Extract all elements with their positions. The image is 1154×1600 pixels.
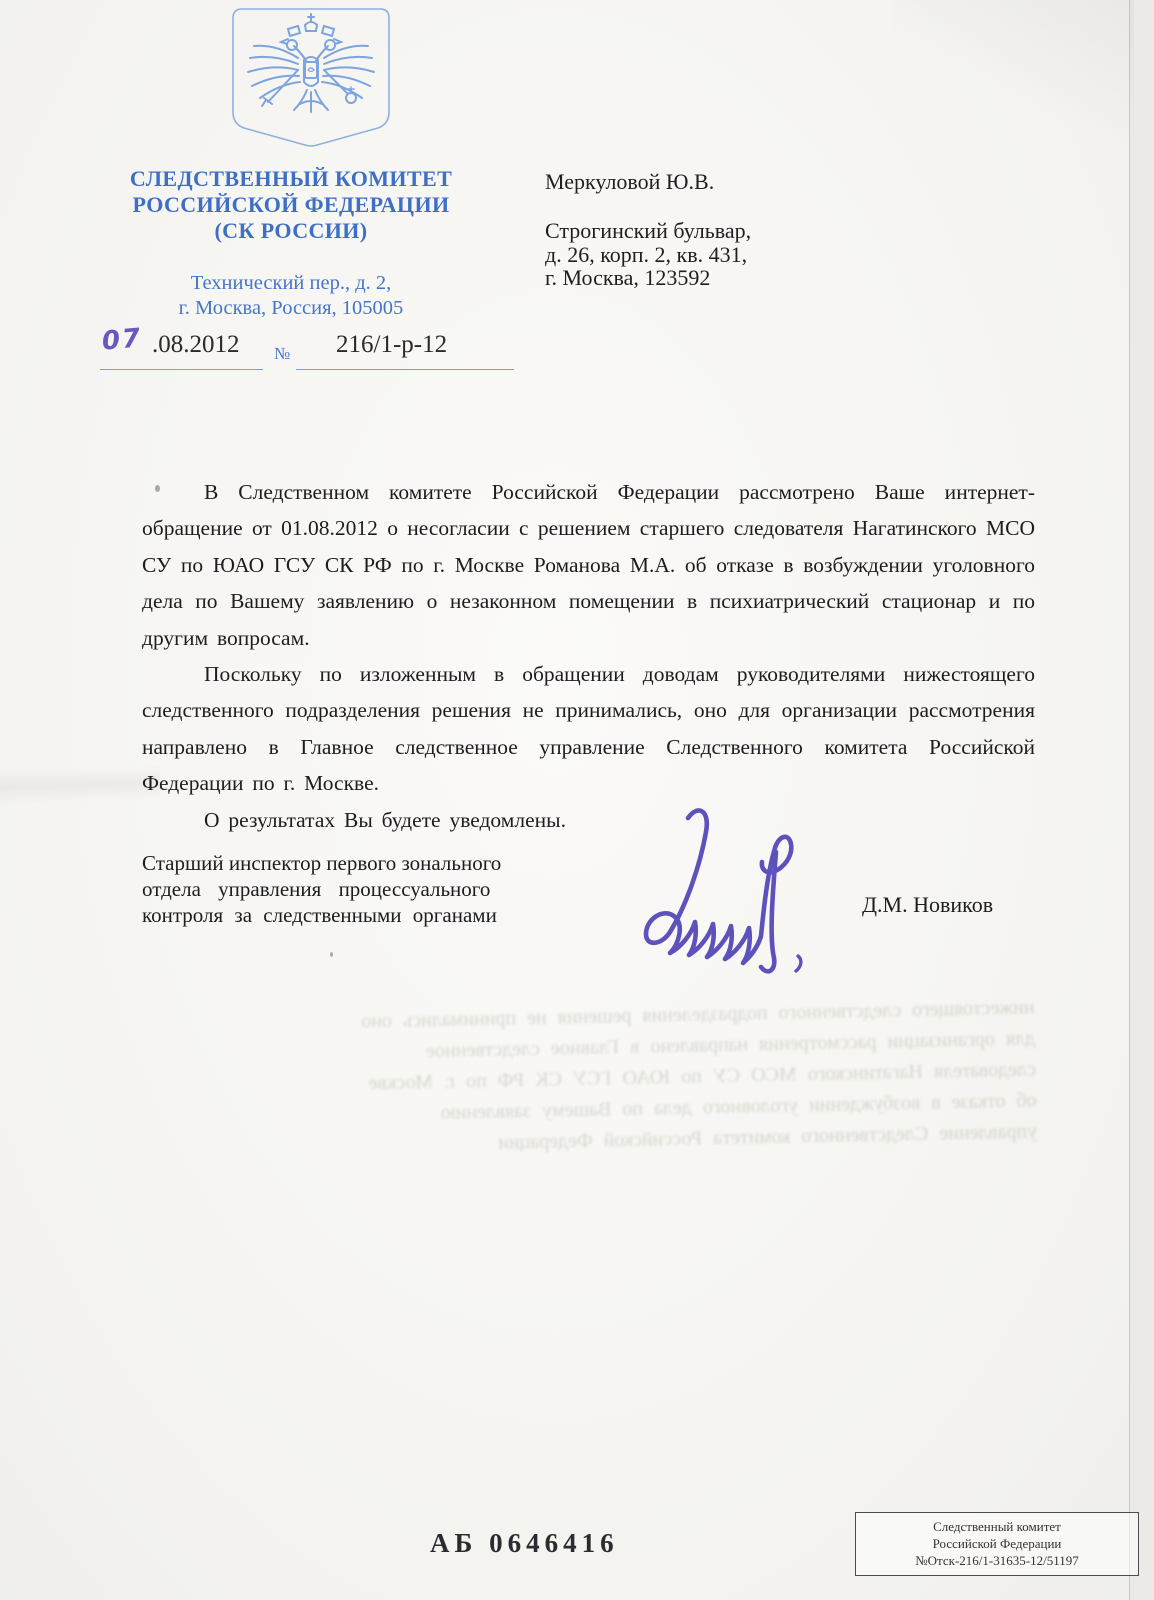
- recipient-address-line: д. 26, корп. 2, кв. 431,: [545, 243, 965, 267]
- signature-ink: [628, 804, 868, 982]
- signer-position: Старший инспектор первого зонального отд…: [142, 851, 610, 928]
- reference-line: 07 .08.2012 № 216/1-р-12: [100, 329, 530, 375]
- body-paragraph: Поскольку по изложенным в обращении дово…: [142, 656, 1035, 802]
- recipient-block: Меркуловой Ю.В. Строгинский бульвар, д. …: [545, 169, 965, 290]
- registration-stamp: Следственный комитет Российской Федераци…: [855, 1512, 1139, 1576]
- outgoing-number: 216/1-р-12: [336, 331, 447, 359]
- coat-of-arms-emblem: [228, 6, 394, 150]
- org-name-line: РОССИЙСКОЙ ФЕДЕРАЦИИ: [88, 192, 494, 218]
- org-address: Технический пер., д. 2, г. Москва, Росси…: [88, 271, 494, 321]
- number-underline: [296, 369, 514, 370]
- number-sign: №: [274, 344, 290, 364]
- signer-position-line: контроля за следственными органами: [142, 903, 610, 929]
- org-name-line: СЛЕДСТВЕННЫЙ КОМИТЕТ: [88, 166, 494, 192]
- org-address-line: г. Москва, Россия, 105005: [88, 296, 494, 321]
- letter-body: В Следственном комитете Российской Федер…: [142, 474, 1035, 838]
- signer-position-line: Старший инспектор первого зонального: [142, 851, 610, 877]
- scan-edge-band: [1129, 0, 1154, 1600]
- recipient-address-line: г. Москва, 123592: [545, 266, 965, 290]
- org-address-line: Технический пер., д. 2,: [88, 271, 494, 296]
- recipient-name: Меркуловой Ю.В.: [545, 169, 965, 195]
- printed-date: .08.2012: [152, 331, 240, 359]
- handwritten-day: 07: [101, 323, 144, 356]
- org-name-line: (СК РОССИИ): [88, 218, 494, 244]
- bleed-through-text: нижестоящего следственного подразделения…: [116, 992, 1037, 1166]
- paper-fold-shadow: [894, 0, 1134, 150]
- paper-crease: [0, 765, 161, 805]
- stamp-line: Российской Федерации: [862, 1535, 1132, 1552]
- body-paragraph: О результатах Вы будете уведомлены.: [142, 802, 1035, 838]
- scanned-letter-page: СЛЕДСТВЕННЫЙ КОМИТЕТ РОССИЙСКОЙ ФЕДЕРАЦИ…: [0, 0, 1154, 1600]
- body-paragraph: В Следственном комитете Российской Федер…: [142, 474, 1035, 656]
- recipient-address-line: Строгинский бульвар,: [545, 219, 965, 243]
- recipient-address: Строгинский бульвар, д. 26, корп. 2, кв.…: [545, 219, 965, 290]
- date-underline: [100, 369, 263, 370]
- org-name: СЛЕДСТВЕННЫЙ КОМИТЕТ РОССИЙСКОЙ ФЕДЕРАЦИ…: [88, 166, 494, 244]
- form-serial-number: АБ 0646416: [430, 1528, 619, 1559]
- letterhead-block: СЛЕДСТВЕННЫЙ КОМИТЕТ РОССИЙСКОЙ ФЕДЕРАЦИ…: [88, 166, 494, 321]
- ink-speck: [330, 952, 333, 957]
- signer-name: Д.М. Новиков: [862, 892, 993, 918]
- stamp-line: Следственный комитет: [862, 1518, 1132, 1535]
- stamp-line: №Отск-216/1-31635-12/51197: [862, 1552, 1132, 1569]
- signer-position-line: отдела управления процессуального: [142, 877, 610, 903]
